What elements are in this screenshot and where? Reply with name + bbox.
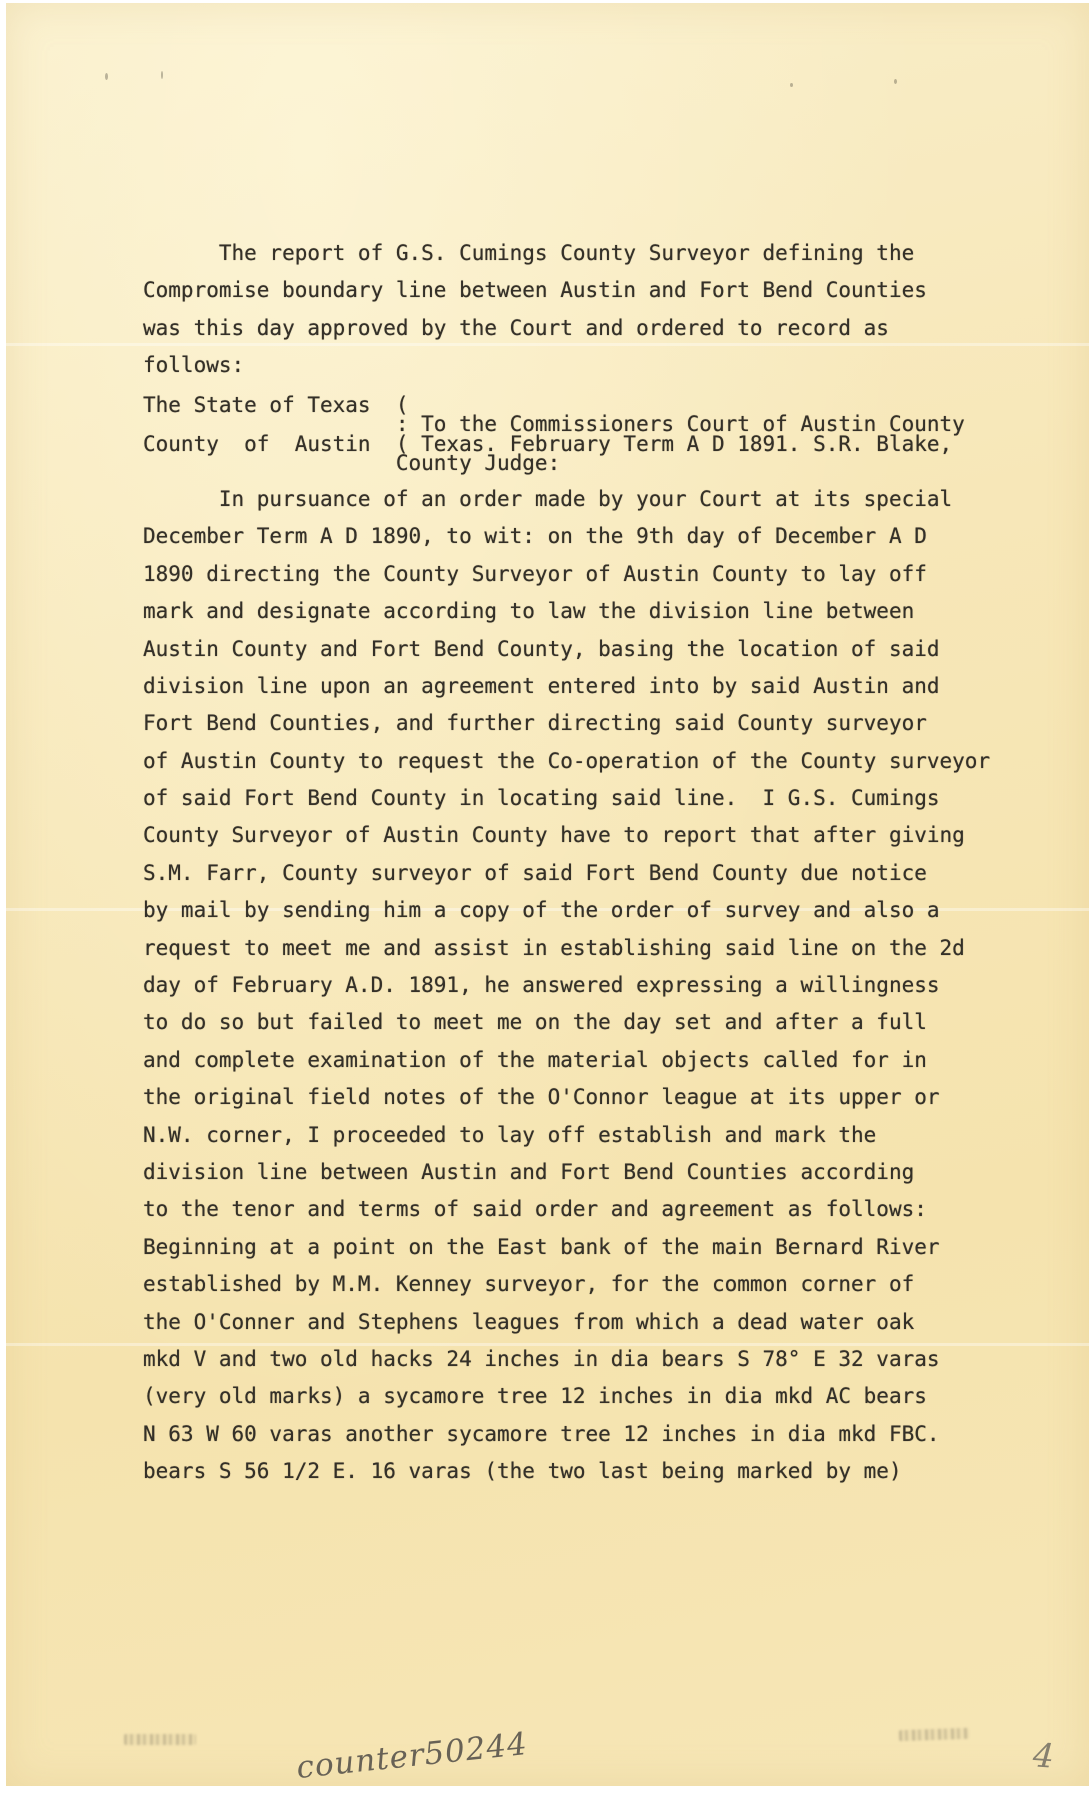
typed-line: bears S 56 1/2 E. 16 varas (the two last… [143,1458,990,1495]
typed-line: mark and designate according to law the … [143,598,990,635]
typed-line: by mail by sending him a copy of the ord… [143,897,990,934]
case-caption: The State of Texas ( : To the Commission… [143,396,990,474]
stamp-smudge-left [124,1734,196,1745]
pencil-speck [161,71,163,79]
typed-line: Austin County and Fort Bend County, basi… [143,636,990,673]
typed-line: day of February A.D. 1891, he answered e… [143,972,990,1009]
typed-line: of Austin County to request the Co-opera… [143,748,990,785]
document-page: The report of G.S. Cumings County Survey… [6,3,1089,1786]
typed-line: the original field notes of the O'Connor… [143,1084,990,1121]
typed-text-block: The report of G.S. Cumings County Survey… [143,240,990,1495]
pencil-speck [105,73,108,80]
pencil-speck [790,83,793,87]
typed-line: established by M.M. Kenney surveyor, for… [143,1271,990,1308]
typed-line: division line between Austin and Fort Be… [143,1159,990,1196]
typed-line: County Surveyor of Austin County have to… [143,822,990,859]
stamp-smudge-right [899,1728,969,1741]
typed-line: the O'Conner and Stephens leagues from w… [143,1309,990,1346]
report-body: In pursuance of an order made by your Co… [143,486,990,1496]
caption-line: County Judge: [143,454,990,474]
typed-line: N 63 W 60 varas another sycamore tree 12… [143,1421,990,1458]
typed-line: S.M. Farr, County surveyor of said Fort … [143,860,990,897]
handwritten-counter-note: counter50244 [295,1726,530,1786]
typed-line: was this day approved by the Court and o… [143,315,990,352]
typed-line: to the tenor and terms of said order and… [143,1196,990,1233]
typed-line: Beginning at a point on the East bank of… [143,1234,990,1271]
typed-line: and complete examination of the material… [143,1047,990,1084]
typed-line: Fort Bend Counties, and further directin… [143,710,990,747]
typed-line: 1890 directing the County Surveyor of Au… [143,561,990,598]
typed-line: (very old marks) a sycamore tree 12 inch… [143,1383,990,1420]
typed-line: division line upon an agreement entered … [143,673,990,710]
pencil-speck [894,79,897,84]
typed-line: of said Fort Bend County in locating sai… [143,785,990,822]
typed-line: The report of G.S. Cumings County Survey… [143,240,990,277]
typed-line: request to meet me and assist in establi… [143,935,990,972]
typed-line: In pursuance of an order made by your Co… [143,486,990,523]
typed-line: mkd V and two old hacks 24 inches in dia… [143,1346,990,1383]
typed-line: December Term A D 1890, to wit: on the 9… [143,523,990,560]
typed-line: N.W. corner, I proceeded to lay off esta… [143,1122,990,1159]
handwritten-page-number: 4 [1032,1735,1056,1775]
typed-line: Compromise boundary line between Austin … [143,277,990,314]
typed-line: follows: [143,352,990,389]
opening-paragraph: The report of G.S. Cumings County Survey… [143,240,990,390]
typed-line: to do so but failed to meet me on the da… [143,1009,990,1046]
